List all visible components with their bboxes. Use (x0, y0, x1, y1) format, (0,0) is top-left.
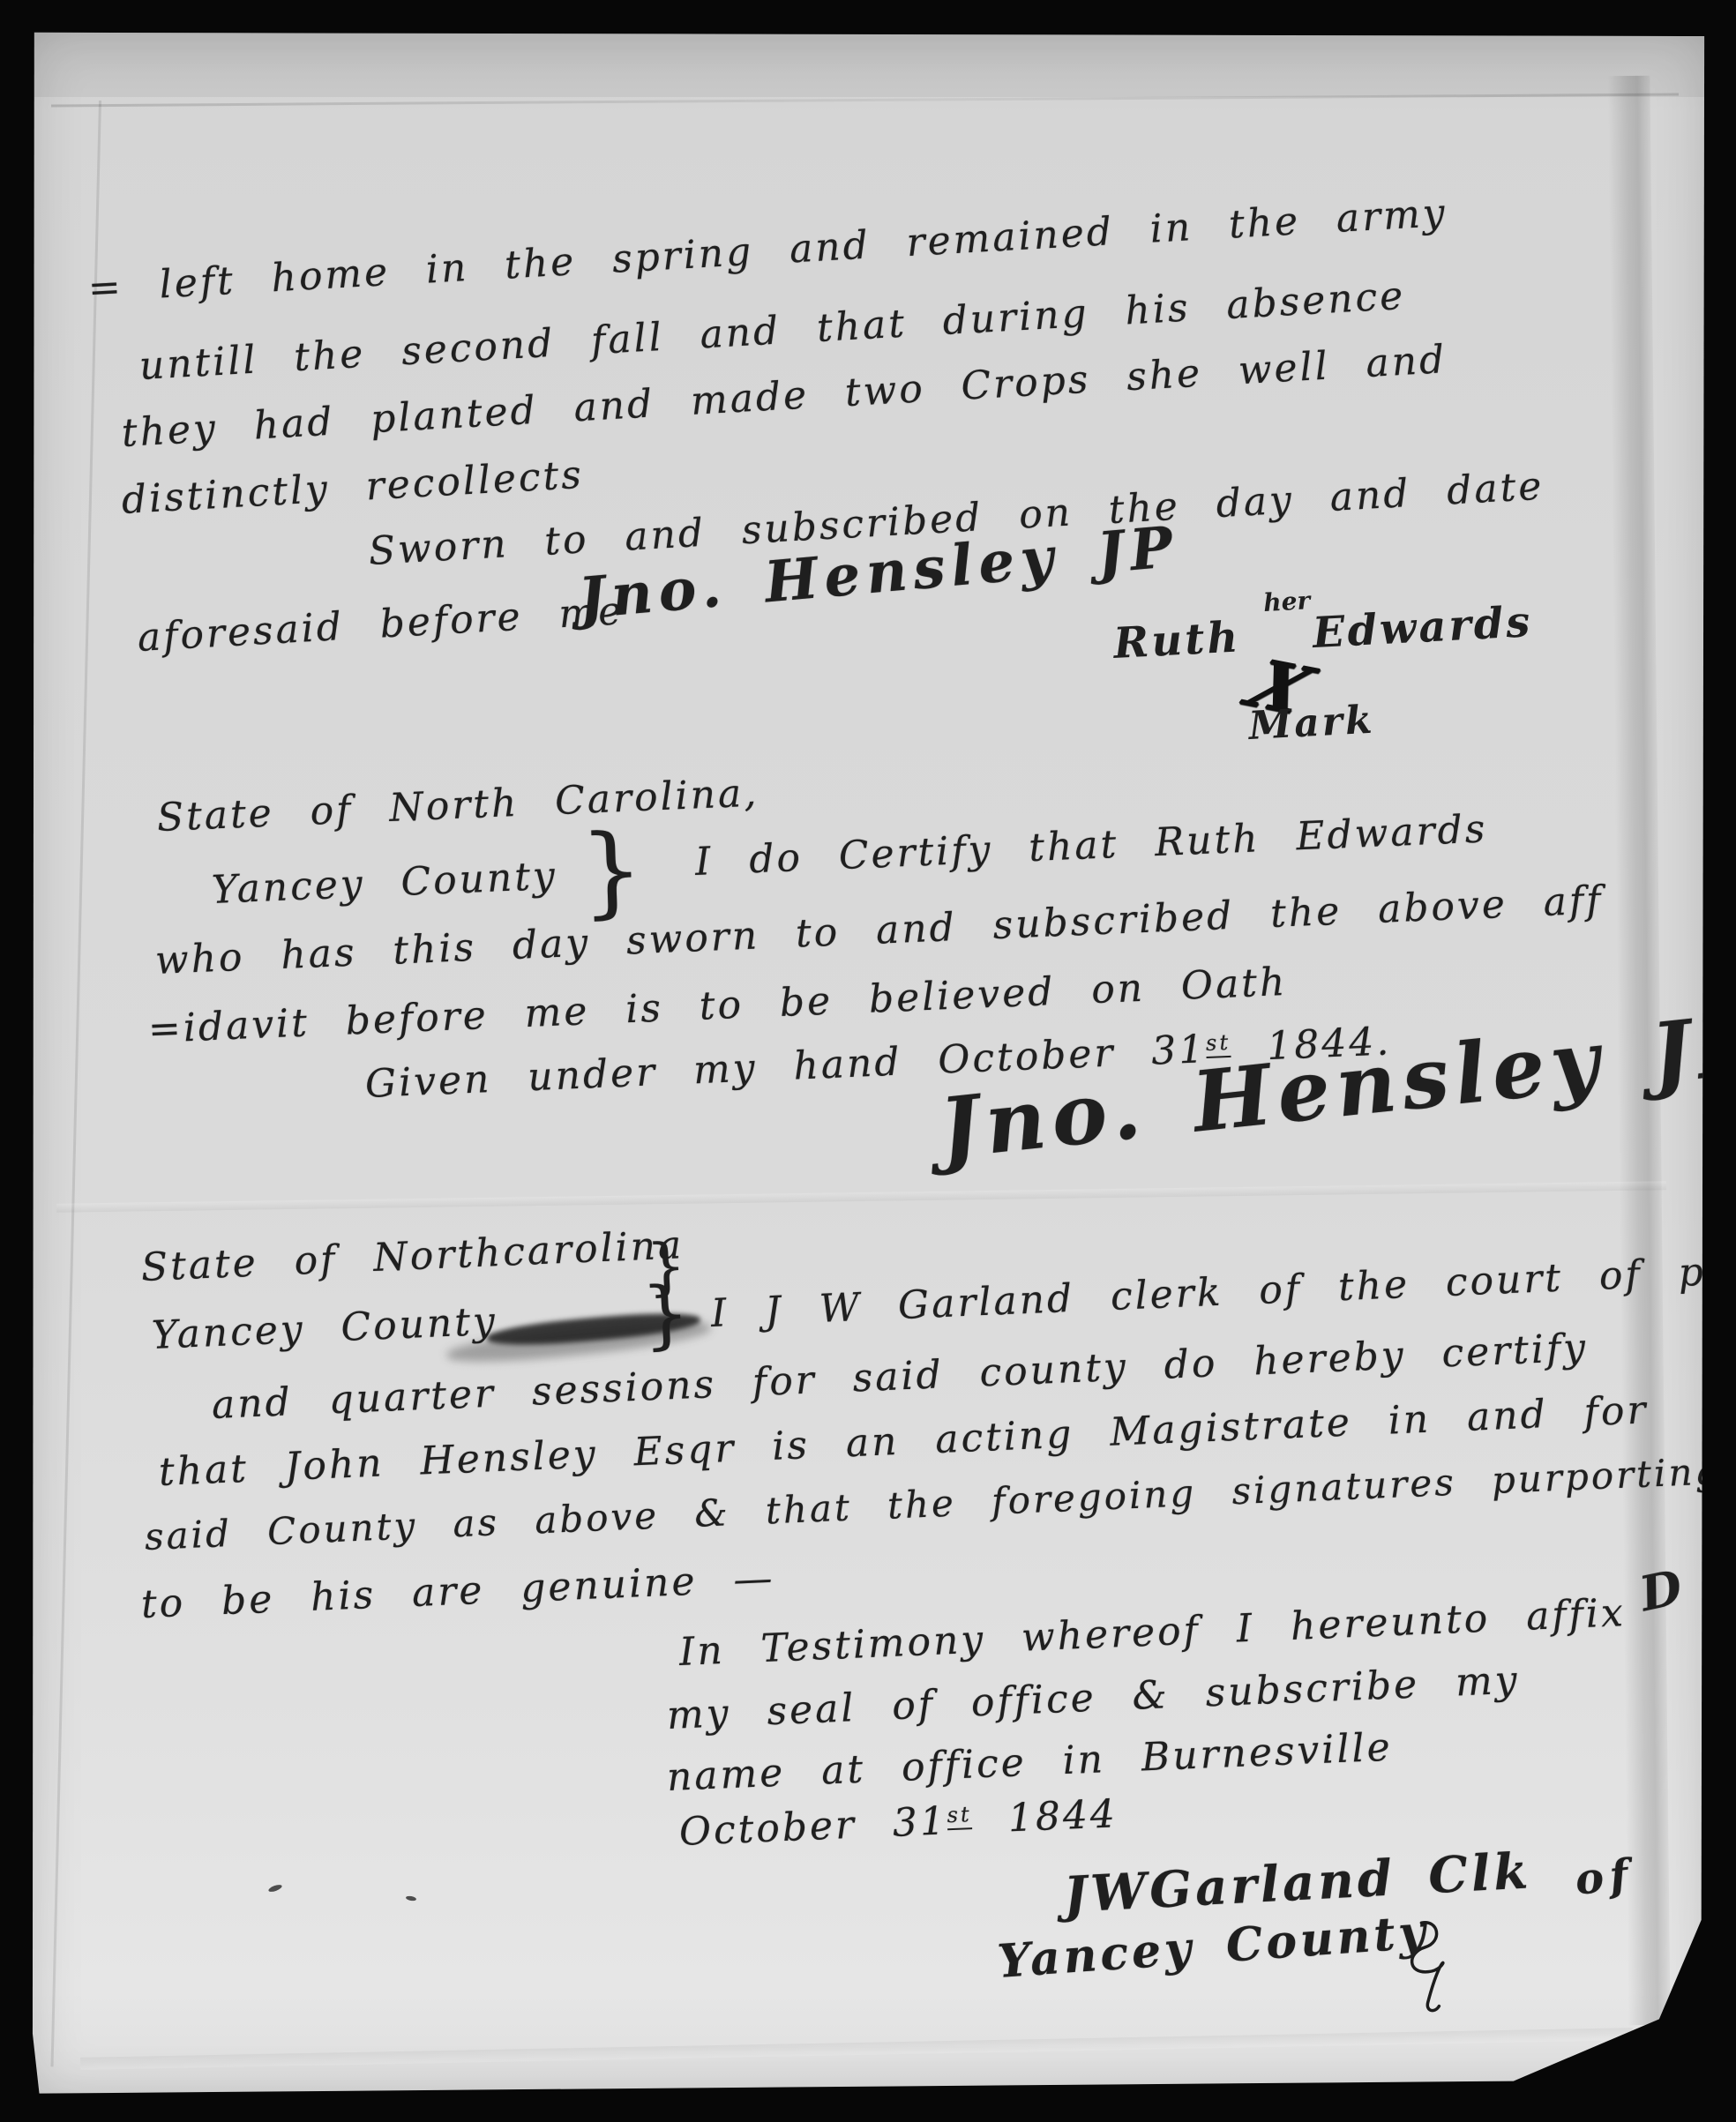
clerk-date-line: October 31st 1844 (678, 1791, 1119, 1855)
ruth-first-name: Ruth (1112, 612, 1242, 668)
clerk-signature: JWGarland Clk (1062, 1842, 1532, 1924)
jp-county-line: Yancey County (211, 854, 558, 913)
clerk-certify-line: to be his are genuine — (140, 1556, 775, 1627)
fold-crease-top (51, 93, 1679, 108)
under-sheet-left-edge (51, 101, 101, 2066)
her-label: her (1262, 586, 1311, 617)
clerk-state-line: State of Northcarolina (140, 1222, 685, 1290)
jp-brace: } (579, 826, 645, 917)
mark-label: Mark (1247, 698, 1375, 749)
clerk-signature-county: Yancey County (996, 1905, 1431, 1989)
clerk-certify-line: I J W Garland clerk of the court of plea… (710, 1246, 1736, 1336)
scan-background: = left home in the spring and remained i… (0, 0, 1736, 2122)
margin-mark: D (1635, 1558, 1689, 1622)
clerk-date-suffix: 1844 (971, 1791, 1119, 1842)
ruth-surname: Edwards (1312, 597, 1534, 658)
ruth-mark-block: RuthEdwards her X Mark (1112, 593, 1634, 813)
clerk-county-line: Yancey County (151, 1299, 498, 1358)
document-page: = left home in the spring and remained i… (32, 30, 1706, 2096)
jp-state-line: State of North Carolina, (156, 770, 759, 841)
clerk-county-brace: } (640, 1280, 691, 1349)
affidavit-line: distinctly recollects (121, 452, 585, 523)
fold-shadow-top (32, 30, 1706, 97)
aforesaid-line: aforesaid before me (137, 588, 625, 661)
ink-speck (267, 1883, 282, 1893)
clerk-date-superscript: st (947, 1802, 972, 1830)
paper-crease-mid (56, 1181, 1666, 1212)
paper-crease-bottom (80, 2028, 1633, 2070)
ink-speck (406, 1895, 417, 1902)
clerk-date-prefix: October 31 (678, 1798, 948, 1855)
testimony-line: name at office in Burnesville (666, 1725, 1394, 1800)
jp-certify-line: I do Certify that Ruth Edwards (694, 806, 1488, 885)
clerk-signature-of: of (1573, 1849, 1636, 1905)
